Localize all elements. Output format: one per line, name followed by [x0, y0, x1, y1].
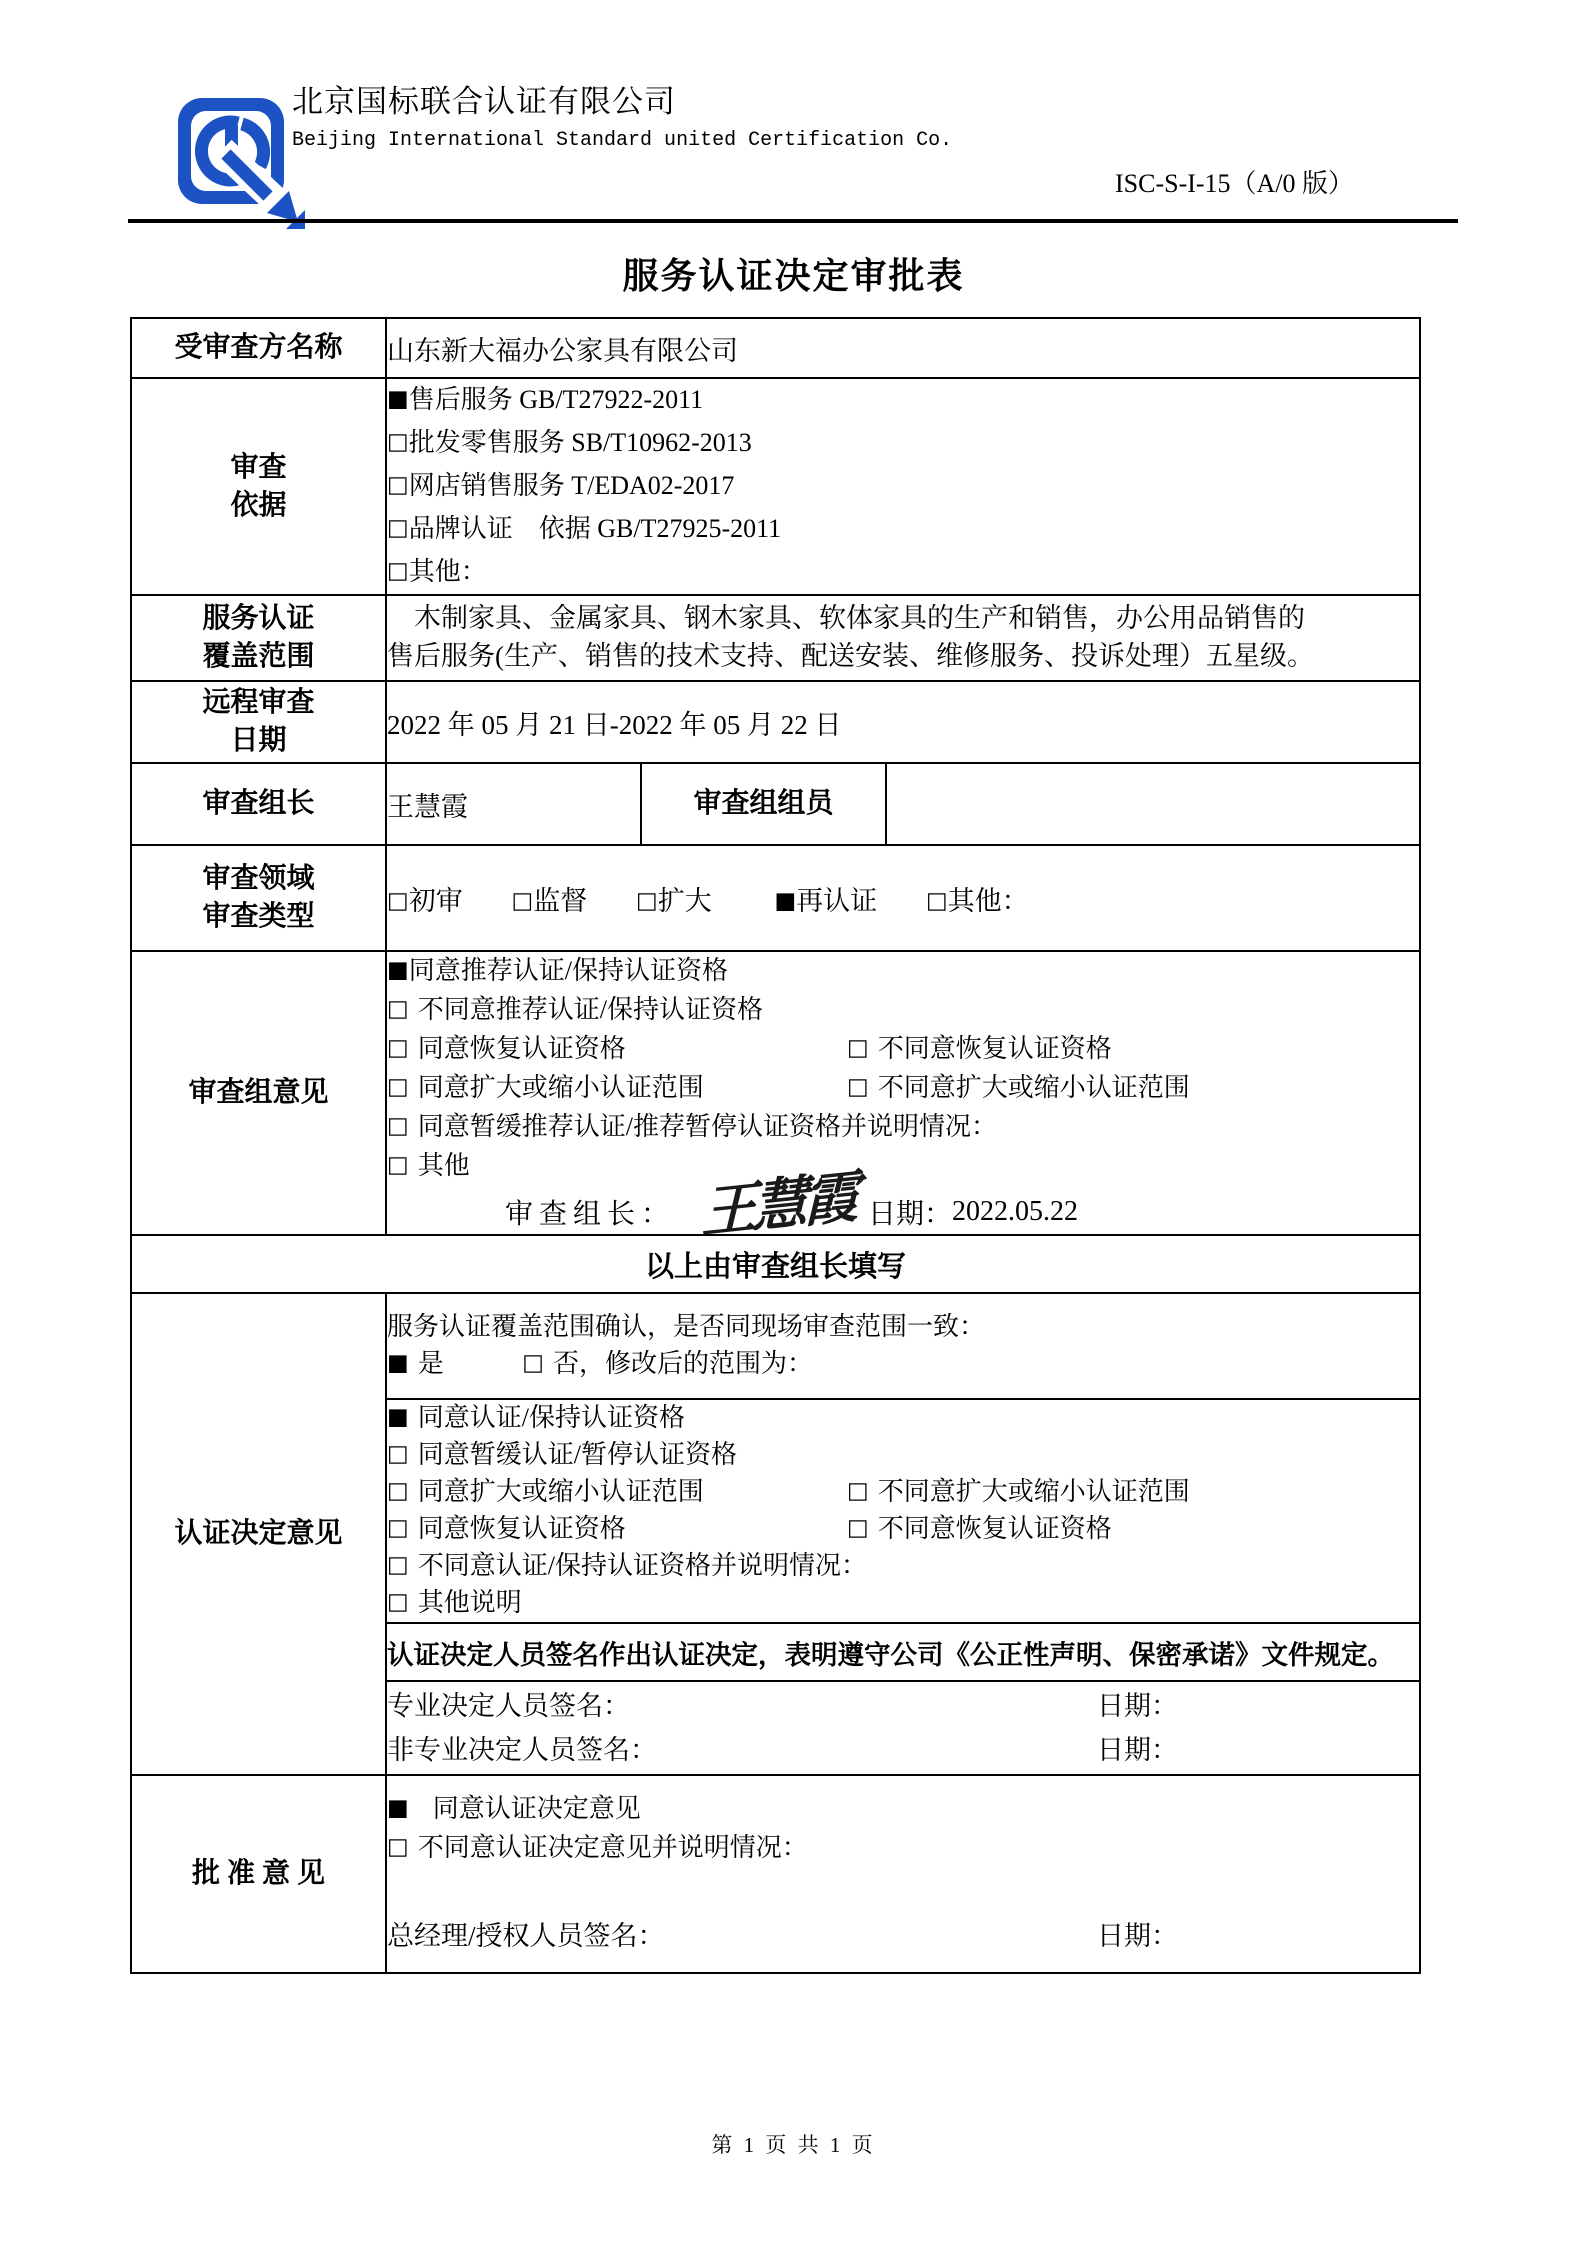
decision-line2: □同意暂缓认证/暂停认证资格	[387, 1437, 1419, 1474]
row-approval: 批 准 意 见 ■同意认证决定意见 □不同意认证决定意见并说明情况： 总经理/授…	[131, 1775, 1420, 1973]
decision-label: 认证决定意见	[131, 1293, 386, 1775]
basis-option-label: 售后服务 GB/T27922-2011	[409, 385, 703, 414]
group-opinion-line4-right: □不同意扩大或缩小认证范围	[847, 1069, 1190, 1108]
decision-signatures: 专业决定人员签名： 日期： 非专业决定人员签名： 日期：	[386, 1681, 1420, 1775]
approval-spacer	[387, 1868, 1419, 1914]
option-label: 其他	[418, 1151, 470, 1180]
decision-confirm-options: ■是 □否，修改后的范围为：	[387, 1345, 1419, 1384]
leader-sign-date-value: 2022.05.22	[952, 1196, 1078, 1228]
header-divider	[128, 219, 1458, 223]
decision-line4-left: □同意恢复认证资格	[387, 1511, 847, 1548]
approval-date-label: 日期：	[1097, 1914, 1178, 1958]
approval-content: ■同意认证决定意见 □不同意认证决定意见并说明情况： 总经理/授权人员签名： 日…	[386, 1775, 1420, 1973]
leader-sign-date-label: 日期：	[868, 1192, 952, 1232]
basis-options: ■售后服务 GB/T27922-2011 □批发零售服务 SB/T10962-2…	[386, 378, 1420, 595]
option-label: 不同意扩大或缩小认证范围	[878, 1073, 1190, 1102]
leader-sign-label: 审查组长：	[505, 1192, 675, 1232]
scope-label-line2: 覆盖范围	[132, 638, 385, 676]
audit-type-option-label: 其他：	[948, 886, 1029, 916]
checkbox-checked-icon: ■	[387, 1795, 409, 1821]
pro-decision-sign-label: 专业决定人员签名：	[387, 1691, 630, 1721]
company-logo-icon	[168, 96, 308, 236]
remote-date-label-line1: 远程审查	[132, 684, 385, 722]
approval-sign-label: 总经理/授权人员签名：	[387, 1921, 665, 1951]
option-label: 同意扩大或缩小认证范围	[418, 1477, 704, 1506]
decision-line3-right: □不同意扩大或缩小认证范围	[847, 1474, 1190, 1511]
option-label: 不同意推荐认证/保持认证资格	[418, 995, 763, 1024]
scope-label: 服务认证 覆盖范围	[131, 595, 386, 681]
decision-line4-right: □不同意恢复认证资格	[847, 1511, 1112, 1548]
checkbox-icon: □	[387, 1113, 409, 1139]
nonpro-decision-sign-label: 非专业决定人员签名：	[387, 1735, 657, 1765]
checkbox-icon: □	[847, 1074, 869, 1100]
basis-option-other: □其他：	[387, 551, 1419, 594]
pro-decision-date-label: 日期：	[1097, 1684, 1178, 1728]
decision-line4: □同意恢复认证资格 □不同意恢复认证资格	[387, 1511, 1419, 1548]
checkbox-icon: □	[387, 1834, 409, 1860]
option-label: 同意恢复认证资格	[418, 1514, 626, 1543]
option-label: 否，修改后的范围为：	[553, 1349, 813, 1378]
group-opinion-line4: □同意扩大或缩小认证范围 □不同意扩大或缩小认证范围	[387, 1069, 1419, 1108]
group-opinion-label: 审查组意见	[131, 951, 386, 1235]
checkbox-icon: □	[387, 1515, 409, 1541]
pro-decision-sign-line: 专业决定人员签名： 日期：	[387, 1684, 1419, 1728]
decision-line1: ■同意认证/保持认证资格	[387, 1400, 1419, 1437]
approval-form-table: 受审查方名称 山东新大福办公家具有限公司 审查 依据 ■售后服务 GB/T279…	[130, 317, 1421, 1974]
page-number: 第 1 页 共 1 页	[0, 2129, 1587, 2159]
row-remote-date: 远程审查 日期 2022 年 05 月 21 日-2022 年 05 月 22 …	[131, 681, 1420, 763]
option-label: 不同意恢复认证资格	[878, 1034, 1112, 1063]
basis-label-line1: 审查	[132, 449, 385, 487]
remote-date-value: 2022 年 05 月 21 日-2022 年 05 月 22 日	[386, 681, 1420, 763]
group-opinion-line1: ■同意推荐认证/保持认证资格	[387, 952, 1419, 991]
checkbox-icon: □	[847, 1478, 869, 1504]
approval-label: 批 准 意 见	[131, 1775, 386, 1973]
approval-sign-line: 总经理/授权人员签名： 日期：	[387, 1914, 1419, 1958]
decision-options: ■同意认证/保持认证资格 □同意暂缓认证/暂停认证资格 □同意扩大或缩小认证范围…	[386, 1399, 1420, 1623]
leader-handwritten-signature: 王慧霞	[701, 1167, 853, 1243]
group-opinion-content: ■同意推荐认证/保持认证资格 □不同意推荐认证/保持认证资格 □同意恢复认证资格…	[386, 951, 1420, 1235]
option-label: 同意扩大或缩小认证范围	[418, 1073, 704, 1102]
remote-date-label-line2: 日期	[132, 722, 385, 760]
basis-option-onlineshop: □网店销售服务 T/EDA02-2017	[387, 465, 1419, 508]
decision-confirm-title: 服务认证覆盖范围确认，是否同现场审查范围一致：	[387, 1308, 1419, 1345]
audit-type-label-line1: 审查领域	[132, 860, 385, 898]
audit-type-option-initial: □初审	[387, 886, 463, 916]
approval-line1: ■同意认证决定意见	[387, 1790, 1419, 1829]
option-label: 其他说明	[418, 1588, 522, 1617]
audit-type-option-expansion: □扩大	[636, 886, 712, 916]
document-page: 北京国标联合认证有限公司 Beijing International Stand…	[0, 0, 1587, 2245]
remote-date-label: 远程审查 日期	[131, 681, 386, 763]
form-title: 服务认证决定审批表	[0, 248, 1587, 299]
row-audit-type: 审查领域 审查类型 □初审 □监督 □扩大 ■再认证 □其他：	[131, 845, 1420, 951]
basis-option-afterservice: ■售后服务 GB/T27922-2011	[387, 379, 1419, 422]
audit-type-option-label: 初审	[409, 886, 463, 916]
row-audit-team: 审查组长 王慧霞 审查组组员	[131, 763, 1420, 845]
decision-confirm-no: □否，修改后的范围为：	[522, 1349, 813, 1378]
row-auditee: 受审查方名称 山东新大福办公家具有限公司	[131, 318, 1420, 378]
basis-label: 审查 依据	[131, 378, 386, 595]
auditee-value: 山东新大福办公家具有限公司	[386, 318, 1420, 378]
checkbox-icon: □	[387, 1478, 409, 1504]
option-label: 同意暂缓认证/暂停认证资格	[418, 1440, 737, 1469]
decision-confirm-yes: ■是	[387, 1349, 444, 1378]
checkbox-icon: □	[926, 888, 948, 914]
checkbox-icon: □	[387, 515, 409, 541]
checkbox-checked-icon: ■	[387, 1404, 409, 1430]
basis-option-label: 品牌认证 依据 GB/T27925-2011	[409, 514, 781, 543]
group-opinion-line3-right: □不同意恢复认证资格	[847, 1030, 1112, 1069]
audit-type-option-surveillance: □监督	[511, 886, 587, 916]
decision-line3-left: □同意扩大或缩小认证范围	[387, 1474, 847, 1511]
document-header: 北京国标联合认证有限公司 Beijing International Stand…	[0, 0, 1587, 230]
checkbox-icon: □	[636, 888, 658, 914]
audit-type-label: 审查领域 审查类型	[131, 845, 386, 951]
audit-type-option-label: 再认证	[796, 886, 877, 916]
checkbox-icon: □	[387, 1074, 409, 1100]
row-cert-scope: 服务认证 覆盖范围 木制家具、金属家具、钢木家具、软体家具的生产和销售，办公用品…	[131, 595, 1420, 681]
row-audit-basis: 审查 依据 ■售后服务 GB/T27922-2011 □批发零售服务 SB/T1…	[131, 378, 1420, 595]
row-group-opinion: 审查组意见 ■同意推荐认证/保持认证资格 □不同意推荐认证/保持认证资格 □同意…	[131, 951, 1420, 1235]
checkbox-checked-icon: ■	[774, 888, 796, 914]
document-code: ISC-S-I-15（A/0 版）	[1115, 163, 1354, 200]
logo-svg	[168, 96, 308, 236]
audit-type-option-other: □其他：	[926, 886, 1029, 916]
group-opinion-line6: □其他	[387, 1147, 1419, 1186]
decision-line3: □同意扩大或缩小认证范围 □不同意扩大或缩小认证范围	[387, 1474, 1419, 1511]
checkbox-icon: □	[387, 1152, 409, 1178]
group-opinion-line3: □同意恢复认证资格 □不同意恢复认证资格	[387, 1030, 1419, 1069]
checkbox-icon: □	[387, 1035, 409, 1061]
checkbox-icon: □	[387, 1552, 409, 1578]
team-leader-label: 审查组长	[131, 763, 386, 845]
basis-option-wholesale: □批发零售服务 SB/T10962-2013	[387, 422, 1419, 465]
checkbox-icon: □	[387, 888, 409, 914]
decision-line6: □其他说明	[387, 1585, 1419, 1622]
basis-label-line2: 依据	[132, 487, 385, 525]
row-section-note: 以上由审查组长填写	[131, 1235, 1420, 1293]
checkbox-icon: □	[511, 888, 533, 914]
option-label: 同意推荐认证/保持认证资格	[409, 956, 728, 985]
checkbox-icon: □	[387, 1441, 409, 1467]
option-label: 不同意认证决定意见并说明情况：	[418, 1833, 808, 1862]
checkbox-icon: □	[387, 1589, 409, 1615]
row-decision-confirm: 认证决定意见 服务认证覆盖范围确认，是否同现场审查范围一致： ■是 □否，修改后…	[131, 1293, 1420, 1399]
approval-line2: □不同意认证决定意见并说明情况：	[387, 1829, 1419, 1868]
decision-line5: □不同意认证/保持认证资格并说明情况：	[387, 1548, 1419, 1585]
scope-label-line1: 服务认证	[132, 600, 385, 638]
checkbox-icon: □	[387, 429, 409, 455]
nonpro-decision-date-label: 日期：	[1097, 1728, 1178, 1772]
option-label: 同意暂缓推荐认证/推荐暂停认证资格并说明情况：	[418, 1112, 997, 1141]
team-member-label: 审查组组员	[641, 763, 886, 845]
auditee-label: 受审查方名称	[131, 318, 386, 378]
option-label: 同意恢复认证资格	[418, 1034, 626, 1063]
option-label: 不同意恢复认证资格	[878, 1514, 1112, 1543]
section-note: 以上由审查组长填写	[131, 1235, 1420, 1293]
checkbox-checked-icon: ■	[387, 386, 409, 412]
checkbox-checked-icon: ■	[387, 1350, 409, 1376]
group-opinion-line3-left: □同意恢复认证资格	[387, 1030, 847, 1069]
checkbox-icon: □	[387, 558, 409, 584]
checkbox-icon: □	[847, 1515, 869, 1541]
checkbox-icon: □	[522, 1350, 544, 1376]
team-leader-name: 王慧霞	[386, 763, 641, 845]
nonpro-decision-sign-line: 非专业决定人员签名： 日期：	[387, 1728, 1419, 1772]
checkbox-icon: □	[847, 1035, 869, 1061]
team-member-value	[886, 763, 1420, 845]
checkbox-checked-icon: ■	[387, 957, 409, 983]
basis-option-label: 批发零售服务 SB/T10962-2013	[409, 428, 752, 457]
group-opinion-line4-left: □同意扩大或缩小认证范围	[387, 1069, 847, 1108]
company-name-en: Beijing International Standard united Ce…	[292, 129, 952, 152]
option-label: 同意认证/保持认证资格	[418, 1403, 685, 1432]
audit-type-option-label: 扩大	[658, 886, 712, 916]
company-identity: 北京国标联合认证有限公司 Beijing International Stand…	[292, 76, 952, 152]
audit-type-label-line2: 审查类型	[132, 898, 385, 936]
company-name-cn: 北京国标联合认证有限公司	[292, 76, 952, 121]
group-opinion-line2: □不同意推荐认证/保持认证资格	[387, 991, 1419, 1030]
group-opinion-signature-line: 审查组长： 王慧霞 日期： 2022.05.22	[505, 1192, 1419, 1232]
audit-type-option-recertification: ■再认证	[774, 886, 877, 916]
option-label: 是	[418, 1349, 444, 1378]
group-opinion-line5: □同意暂缓推荐认证/推荐暂停认证资格并说明情况：	[387, 1108, 1419, 1147]
audit-type-options: □初审 □监督 □扩大 ■再认证 □其他：	[386, 845, 1420, 951]
audit-type-option-label: 监督	[533, 886, 587, 916]
basis-option-brand: □品牌认证 依据 GB/T27925-2011	[387, 508, 1419, 551]
option-label: 不同意认证/保持认证资格并说明情况：	[418, 1551, 867, 1580]
checkbox-icon: □	[387, 472, 409, 498]
scope-value: 木制家具、金属家具、钢木家具、软体家具的生产和销售，办公用品销售的 售后服务(生…	[386, 595, 1420, 681]
basis-option-label: 其他：	[409, 557, 487, 586]
checkbox-icon: □	[387, 996, 409, 1022]
option-label: 不同意扩大或缩小认证范围	[878, 1477, 1190, 1506]
option-label: 同意认证决定意见	[433, 1794, 641, 1823]
basis-option-label: 网店销售服务 T/EDA02-2017	[409, 471, 735, 500]
decision-statement: 认证决定人员签名作出认证决定，表明遵守公司《公正性声明、保密承诺》文件规定。	[386, 1623, 1420, 1681]
decision-scope-confirm: 服务认证覆盖范围确认，是否同现场审查范围一致： ■是 □否，修改后的范围为：	[386, 1293, 1420, 1399]
